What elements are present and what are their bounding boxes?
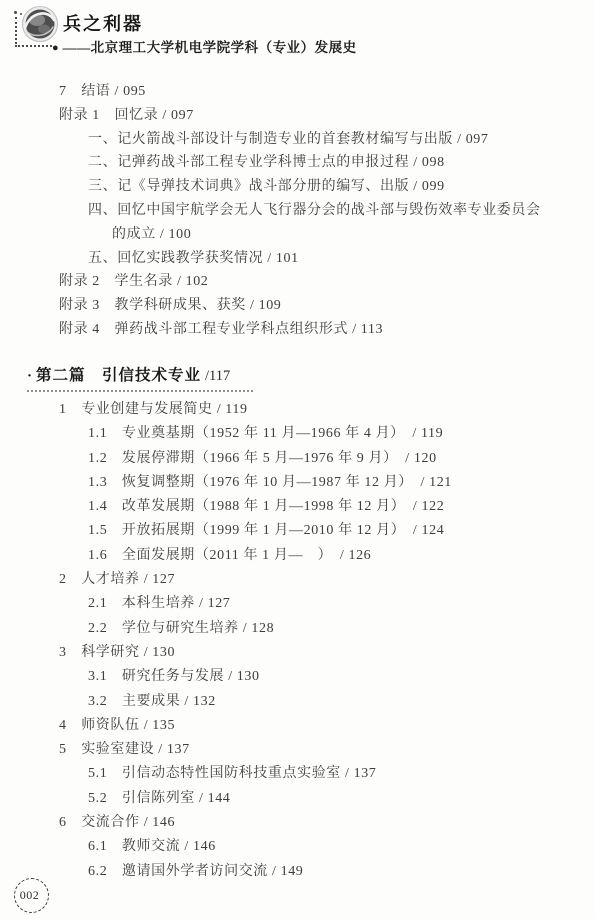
- toc-item: 三、记《导弹技术词典》战斗部分册的编写、出版 / 099: [0, 175, 595, 199]
- toc-item: 5.2 引信陈列室 / 144: [0, 787, 595, 811]
- toc-item: 5.1 引信动态特性国防科技重点实验室 / 137: [0, 762, 595, 786]
- toc-item: 3.2 主要成果 / 132: [0, 690, 595, 714]
- toc-item: 6.1 教师交流 / 146: [0, 835, 595, 859]
- toc-item: 5 实验室建设 / 137: [0, 738, 595, 762]
- toc-item: 附录 1 回忆录 / 097: [0, 104, 595, 128]
- toc-appendix-list: 7 结语 / 095附录 1 回忆录 / 097一、记火箭战斗部设计与制造专业的…: [0, 80, 595, 342]
- toc-item: 2 人才培养 / 127: [0, 568, 595, 592]
- page-number: 002: [20, 888, 40, 903]
- toc-item: 7 结语 / 095: [0, 80, 595, 104]
- book-toc-page: 兵之利器 ● ——北京理工大学机电学院学科（专业）发展史 7 结语 / 095附…: [0, 0, 595, 919]
- toc-item: 1.2 发展停滞期（1966 年 5 月—1976 年 9 月） / 120: [0, 447, 595, 471]
- heading-page-ref: /117: [205, 368, 230, 384]
- toc-item: 附录 2 学生名录 / 102: [0, 270, 595, 294]
- book-title: 兵之利器: [63, 10, 143, 36]
- part2-heading: · 第二篇 引信技术专业/117: [27, 363, 253, 392]
- toc-item: 1.6 全面发展期（2011 年 1 月— ） / 126: [0, 544, 595, 568]
- toc-item: 附录 3 教学科研成果、获奖 / 109: [0, 294, 595, 318]
- book-subtitle-row: ● ——北京理工大学机电学院学科（专业）发展史: [52, 36, 357, 57]
- book-subtitle: ——北京理工大学机电学院学科（专业）发展史: [63, 40, 357, 55]
- toc-item: 4 师资队伍 / 135: [0, 714, 595, 738]
- toc-item: 五、回忆实践教学获奖情况 / 101: [0, 247, 595, 271]
- header-decor-dashed-horizontal: [15, 45, 52, 47]
- toc-item: 的成立 / 100: [0, 223, 595, 247]
- header-decor-dot: [14, 11, 17, 14]
- header-decor-dashed-vertical: [15, 17, 17, 44]
- toc-item: 1.1 专业奠基期（1952 年 11 月—1966 年 4 月） / 119: [0, 422, 595, 446]
- toc-item: 1 专业创建与发展简史 / 119: [0, 398, 595, 422]
- toc-item: 1.4 改革发展期（1988 年 1 月—1998 年 12 月） / 122: [0, 495, 595, 519]
- toc-item: 6 交流合作 / 146: [0, 811, 595, 835]
- toc-item: 附录 4 弹药战斗部工程专业学科点组织形式 / 113: [0, 318, 595, 342]
- subtitle-bullet: ●: [52, 42, 59, 54]
- toc-item: 3 科学研究 / 130: [0, 641, 595, 665]
- toc-main-list: 1 专业创建与发展简史 / 1191.1 专业奠基期（1952 年 11 月—1…: [0, 398, 595, 884]
- toc-item: 四、回忆中国宇航学会无人飞行器分会的战斗部与毁伤效率专业委员会: [0, 199, 595, 223]
- toc-item: 2.1 本科生培养 / 127: [0, 592, 595, 616]
- heading-bullet: ·: [27, 368, 32, 384]
- toc-item: 1.5 开放拓展期（1999 年 1 月—2010 年 12 月） / 124: [0, 519, 595, 543]
- toc-item: 3.1 研究任务与发展 / 130: [0, 665, 595, 689]
- heading-title: 第二篇 引信技术专业: [36, 367, 201, 384]
- toc-item: 二、记弹药战斗部工程专业学科博士点的申报过程 / 098: [0, 151, 595, 175]
- toc-item: 6.2 邀请国外学者访问交流 / 149: [0, 860, 595, 884]
- toc-item: 1.3 恢复调整期（1976 年 10 月—1987 年 12 月） / 121: [0, 471, 595, 495]
- toc-item: 一、记火箭战斗部设计与制造专业的首套教材编写与出版 / 097: [0, 128, 595, 152]
- toc-item: 2.2 学位与研究生培养 / 128: [0, 617, 595, 641]
- page-number-badge: 002: [14, 878, 49, 913]
